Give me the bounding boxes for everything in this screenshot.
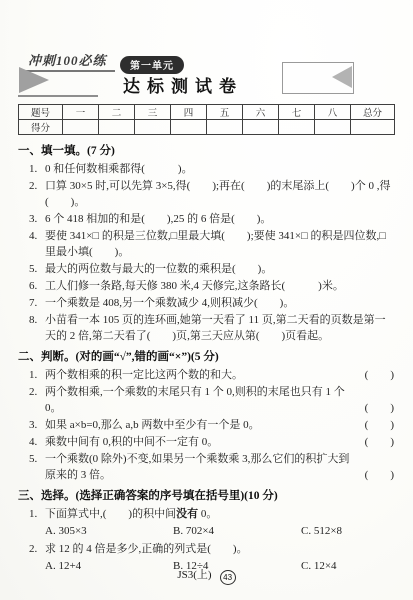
choice-question-2: 2. 求 12 的 4 倍是多少,正确的列式是( )。 <box>18 541 394 557</box>
question-text: 要使 341×□ 的积是三位数,□里最大填( );要使 341×□ 的积是四位数… <box>45 228 394 260</box>
choice-question-1-options: A. 305×3 B. 702×4 C. 512×8 <box>18 523 394 539</box>
fill-question-5: 5. 最大的两位数与最大的一位数的乘积是( )。 <box>18 261 394 277</box>
section-fill-heading: 一、填一填。(7 分) <box>18 142 394 158</box>
question-text: 口算 30×5 时,可以先算 3×5,得( );再在( )的末尾添上( )个 0… <box>45 178 394 210</box>
fill-question-7: 7. 一个乘数是 408,另一个乘数减少 4,则积减少( )。 <box>18 295 394 311</box>
score-header-cell: 三 <box>135 105 171 120</box>
score-cell <box>135 120 171 135</box>
question-text: 如果 a×b=0,那么 a,b 两数中至少有一个是 0。 <box>45 417 359 433</box>
judge-question-2: 2. 两个数相乘,一个乘数的末尾只有 1 个 0,则积的末尾也只有 1 个 0。… <box>18 384 394 416</box>
question-number: 1. <box>29 506 45 522</box>
book-code: JS3(上) <box>177 569 211 581</box>
choice-question-1: 1. 下面算式中,( )的积中间没有 0。 <box>18 506 394 522</box>
question-number: 2. <box>29 541 45 557</box>
section-choice-heading: 三、选择。(选择正确答案的序号填在括号里)(10 分) <box>18 487 394 503</box>
score-cell <box>279 120 315 135</box>
judge-question-3: 3. 如果 a×b=0,那么 a,b 两数中至少有一个是 0。 ( ) <box>18 417 394 433</box>
question-text: 两个数相乘的积一定比这两个数的和大。 <box>45 367 359 383</box>
banner-arrow-left-icon <box>332 66 352 88</box>
score-cell <box>243 120 279 135</box>
score-header-cell: 题号 <box>19 105 63 120</box>
answer-bracket: ( ) <box>365 417 394 433</box>
option-b: B. 702×4 <box>173 523 301 539</box>
score-cell <box>171 120 207 135</box>
question-number: 4. <box>29 228 45 260</box>
answer-bracket: ( ) <box>365 467 394 483</box>
judge-question-1: 1. 两个数相乘的积一定比这两个数的和大。 ( ) <box>18 367 394 383</box>
judge-question-4: 4. 乘数中间有 0,积的中间不一定有 0。 ( ) <box>18 434 394 450</box>
fill-question-1: 1. 0 和任何数相乘都得( )。 <box>18 161 394 177</box>
question-number: 1. <box>29 161 45 177</box>
option-c: C. 512×8 <box>301 523 394 539</box>
test-paper-page: 冲刺100必练 第一单元 达标测试卷 题号 一 二 三 四 五 六 七 八 总分 <box>0 0 413 600</box>
question-number: 6. <box>29 278 45 294</box>
score-row-label: 得分 <box>19 120 63 135</box>
question-text: 工人们修一条路,每天修 380 米,4 天修完,这条路长( )米。 <box>45 278 394 294</box>
question-number: 2. <box>29 178 45 210</box>
score-cell <box>207 120 243 135</box>
judge-question-5: 5. 一个乘数(0 除外)不变,如果另一个乘数乘 3,那么它们的积扩大到原来的 … <box>18 451 394 483</box>
page-number-badge: 43 <box>220 570 236 585</box>
question-text: 乘数中间有 0,积的中间不一定有 0。 <box>45 434 359 450</box>
answer-bracket: ( ) <box>365 400 394 416</box>
question-text: 两个数相乘,一个乘数的末尾只有 1 个 0,则积的末尾也只有 1 个 0。 <box>45 384 359 416</box>
fill-question-3: 3. 6 个 418 相加的和是( ),25 的 6 倍是( )。 <box>18 211 394 227</box>
score-table: 题号 一 二 三 四 五 六 七 八 总分 得分 <box>18 104 395 135</box>
page-footer: JS3(上)43 <box>0 566 413 585</box>
score-header-cell: 总分 <box>351 105 395 120</box>
question-text: 下面算式中,( )的积中间没有 0。 <box>45 506 394 522</box>
question-text: 求 12 的 4 倍是多少,正确的列式是( )。 <box>45 541 394 557</box>
question-number: 2. <box>29 384 45 416</box>
question-number: 1. <box>29 367 45 383</box>
score-table-header-row: 题号 一 二 三 四 五 六 七 八 总分 <box>19 105 395 120</box>
answer-bracket: ( ) <box>365 434 394 450</box>
fill-question-6: 6. 工人们修一条路,每天修 380 米,4 天修完,这条路长( )米。 <box>18 278 394 294</box>
answer-bracket: ( ) <box>365 367 394 383</box>
score-header-cell: 二 <box>99 105 135 120</box>
question-number: 4. <box>29 434 45 450</box>
question-text: 最大的两位数与最大的一位数的乘积是( )。 <box>45 261 394 277</box>
paper-content: 题号 一 二 三 四 五 六 七 八 总分 得分 <box>18 104 394 576</box>
score-header-cell: 六 <box>243 105 279 120</box>
section-judge-heading: 二、判断。(对的画“√”,错的画“×”)(5 分) <box>18 348 394 364</box>
score-cell <box>351 120 395 135</box>
header-box <box>282 62 354 94</box>
question-number: 5. <box>29 261 45 277</box>
fill-question-8: 8. 小苗看一本 105 页的连环画,她第一天看了 11 页,第二天看的页数是第… <box>18 312 394 344</box>
score-header-cell: 四 <box>171 105 207 120</box>
score-header-cell: 一 <box>63 105 99 120</box>
score-header-cell: 七 <box>279 105 315 120</box>
question-text: 小苗看一本 105 页的连环画,她第一天看了 11 页,第二天看的页数是第一天的… <box>45 312 394 344</box>
emphasized-word: 没有 <box>176 508 198 520</box>
score-header-cell: 五 <box>207 105 243 120</box>
question-text: 一个乘数(0 除外)不变,如果另一个乘数乘 3,那么它们的积扩大到原来的 3 倍… <box>45 451 359 483</box>
question-number: 5. <box>29 451 45 483</box>
question-text: 0 和任何数相乘都得( )。 <box>45 161 394 177</box>
score-cell <box>99 120 135 135</box>
question-number: 3. <box>29 211 45 227</box>
score-table-score-row: 得分 <box>19 120 395 135</box>
fill-question-4: 4. 要使 341×□ 的积是三位数,□里最大填( );要使 341×□ 的积是… <box>18 228 394 260</box>
score-header-cell: 八 <box>315 105 351 120</box>
option-a: A. 305×3 <box>45 523 173 539</box>
score-cell <box>63 120 99 135</box>
question-text: 一个乘数是 408,另一个乘数减少 4,则积减少( )。 <box>45 295 394 311</box>
question-number: 8. <box>29 312 45 344</box>
question-number: 3. <box>29 417 45 433</box>
fill-question-2: 2. 口算 30×5 时,可以先算 3×5,得( );再在( )的末尾添上( )… <box>18 178 394 210</box>
question-text: 6 个 418 相加的和是( ),25 的 6 倍是( )。 <box>45 211 394 227</box>
question-number: 7. <box>29 295 45 311</box>
score-cell <box>315 120 351 135</box>
